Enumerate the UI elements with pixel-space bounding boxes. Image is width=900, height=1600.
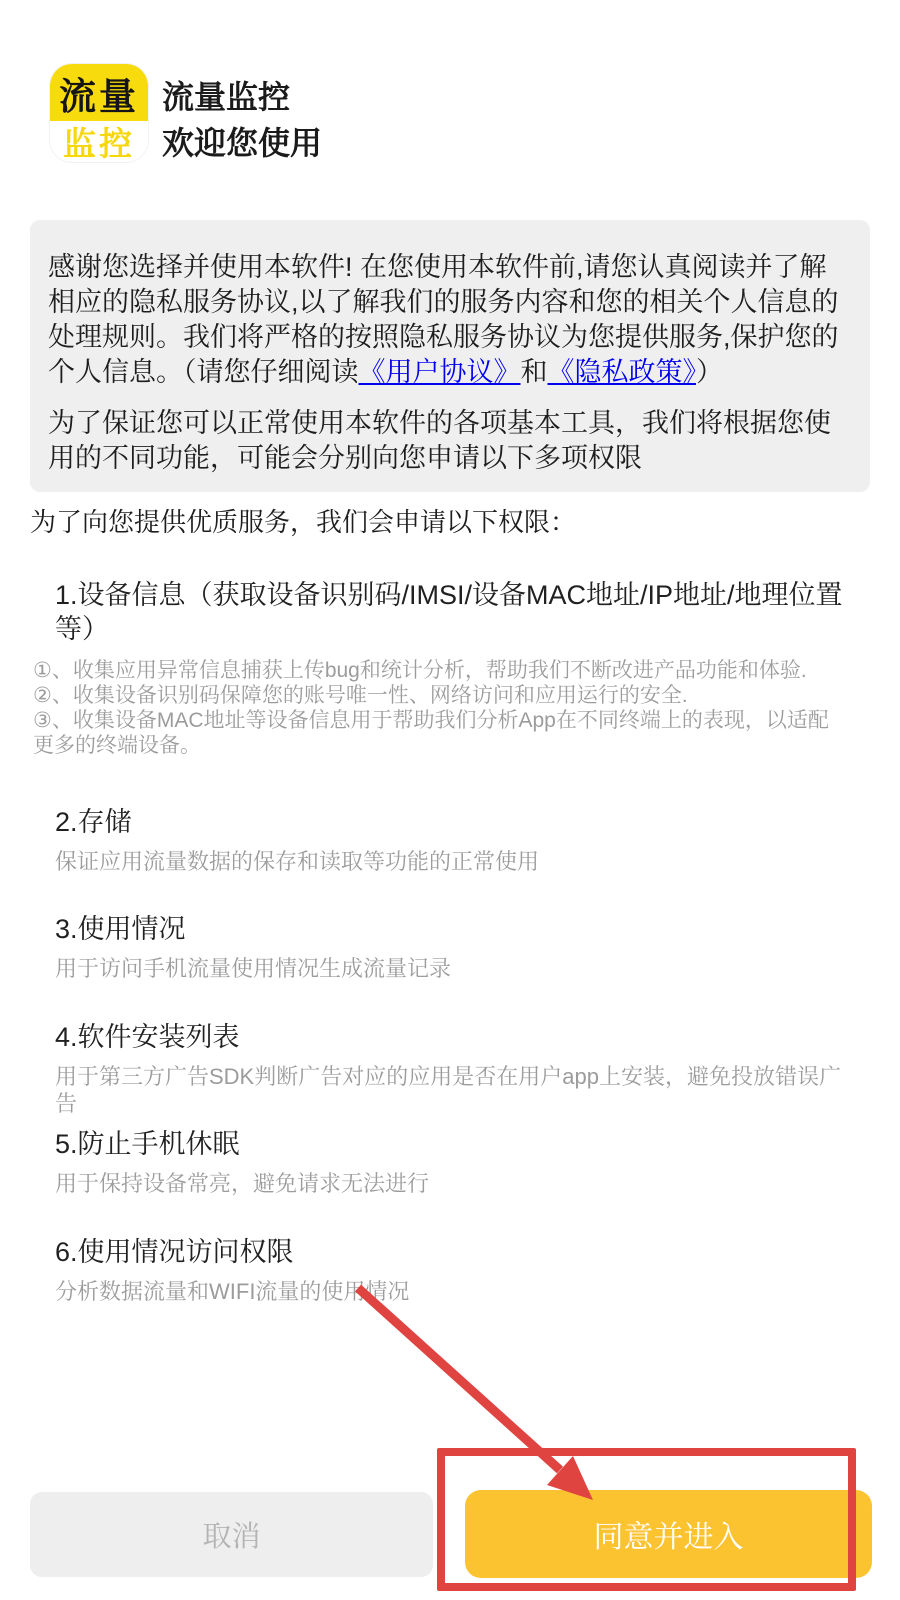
notice-conjunction: 和 [521, 357, 548, 387]
permissions-intro-text: 为了向您提供优质服务，我们会申请以下权限： [30, 502, 576, 539]
app-logo: 流量 监控 [50, 64, 148, 162]
permission-description: 保证应用流量数据的保存和读取等功能的正常使用 [55, 848, 855, 875]
permission-section-storage: 2.存储 保证应用流量数据的保存和读取等功能的正常使用 [30, 805, 875, 875]
permission-title: 6.使用情况访问权限 [55, 1235, 865, 1269]
permission-description: 用于保持设备常亮，避免请求无法进行 [55, 1170, 855, 1197]
permission-description: 用于访问手机流量使用情况生成流量记录 [55, 955, 855, 982]
cancel-button[interactable]: 取消 [30, 1492, 433, 1577]
notice-p1-suffix: ） [696, 357, 723, 387]
app-logo-top-text: 流量 [50, 64, 148, 121]
permission-title: 4.软件安装列表 [55, 1020, 865, 1054]
permission-detail-list: ①、收集应用异常信息捕获上传bug和统计分析，帮助我们不断改进产品功能和体验. … [33, 658, 845, 758]
header-titles: 流量监控 欢迎您使用 [162, 74, 322, 166]
permission-section-usage: 3.使用情况 用于访问手机流量使用情况生成流量记录 [30, 912, 875, 982]
permission-detail-item: ①、收集应用异常信息捕获上传bug和统计分析，帮助我们不断改进产品功能和体验. [33, 658, 845, 683]
privacy-notice-box: 感谢您选择并使用本软件! 在您使用本软件前,请您认真阅读并了解相应的隐私服务协议… [30, 220, 870, 492]
notice-paragraph-1: 感谢您选择并使用本软件! 在您使用本软件前,请您认真阅读并了解相应的隐私服务协议… [48, 250, 850, 390]
page-title: 流量监控 [162, 74, 322, 120]
permission-title: 2.存储 [55, 805, 865, 839]
agree-button[interactable]: 同意并进入 [465, 1490, 872, 1578]
privacy-consent-page: 流量 监控 流量监控 欢迎您使用 感谢您选择并使用本软件! 在您使用本软件前,请… [0, 0, 900, 1600]
permission-detail-item: ③、收集设备MAC地址等设备信息用于帮助我们分析App在不同终端上的表现，以适配… [33, 708, 845, 758]
notice-paragraph-2: 为了保证您可以正常使用本软件的各项基本工具，我们将根据您使用的不同功能，可能会分… [48, 406, 850, 476]
permission-section-app-list: 4.软件安装列表 用于第三方广告SDK判断广告对应的应用是否在用户app上安装，… [30, 1020, 875, 1117]
page-subtitle: 欢迎您使用 [162, 120, 322, 166]
permission-description: 分析数据流量和WIFI流量的使用情况 [55, 1278, 855, 1305]
privacy-policy-link[interactable]: 《隐私政策》 [548, 357, 697, 387]
user-agreement-link[interactable]: 《用户协议》 [359, 357, 521, 387]
permission-section-wake-lock: 5.防止手机休眠 用于保持设备常亮，避免请求无法进行 [30, 1127, 875, 1197]
permission-section-usage-access: 6.使用情况访问权限 分析数据流量和WIFI流量的使用情况 [30, 1235, 875, 1305]
permission-title: 1.设备信息（获取设备识别码/IMSI/设备MAC地址/IP地址/地理位置等） [55, 578, 865, 646]
permission-description: 用于第三方广告SDK判断广告对应的应用是否在用户app上安装，避免投放错误广告 [55, 1063, 855, 1117]
permission-title: 5.防止手机休眠 [55, 1127, 865, 1161]
permission-section-device-info: 1.设备信息（获取设备识别码/IMSI/设备MAC地址/IP地址/地理位置等） … [30, 578, 875, 758]
app-logo-bottom-text: 监控 [50, 121, 148, 162]
permission-detail-item: ②、收集设备识别码保障您的账号唯一性、网络访问和应用运行的安全. [33, 683, 845, 708]
permission-title: 3.使用情况 [55, 912, 865, 946]
